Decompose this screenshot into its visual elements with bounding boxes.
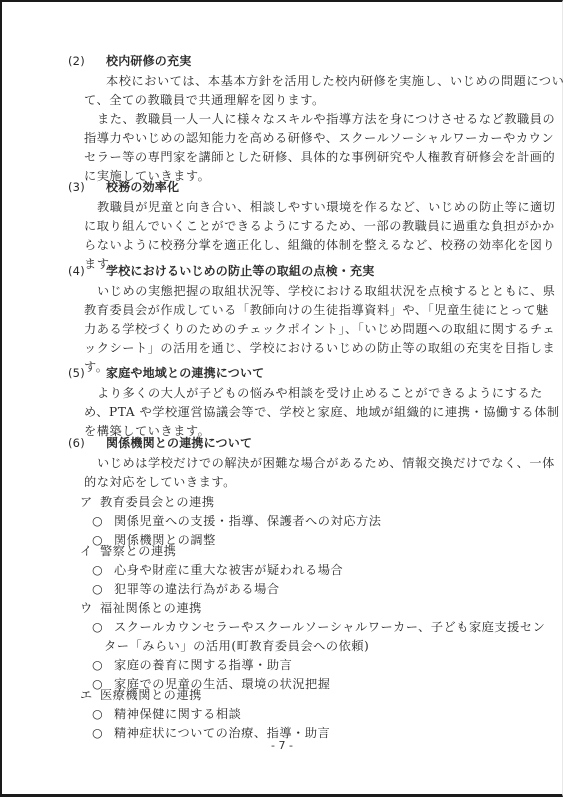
subsection-title: 福祉関係との連携 xyxy=(100,601,202,615)
paragraph-line: また、教職員一人一人に様々なスキルや指導方法を身につけさせるなど教職員の xyxy=(97,110,555,128)
paragraph-line: いじめの実態把握の取組状況等、学校における取組状況を点検するとともに、県 xyxy=(97,282,556,300)
section-number: (4) xyxy=(68,262,106,280)
paragraph-line: 的な対応をしていきます。 xyxy=(84,473,236,491)
section-heading-4: (4)学校におけるいじめの防止等の取組の点検・充実 xyxy=(68,262,374,280)
section-heading-2: (2)校内研修の充実 xyxy=(68,52,191,70)
section-number: (6) xyxy=(68,434,106,452)
paragraph-line: より多くの大人が子どもの悩みや相談を受け止めることができるようにするた xyxy=(97,384,543,402)
subsection-title: 教育委員会との連携 xyxy=(100,495,215,509)
list-item: ○スクールカウンセラーやスクールソーシャルワーカー、子ども家庭支援セン xyxy=(92,618,545,636)
subsection-heading: イ警察との連携 xyxy=(80,542,176,560)
paragraph-line: らないように校務分掌を適正化し、組織的体制を整えるなど、校務の効率化を図り xyxy=(84,236,555,254)
section-heading-6: (6)関係機関との連携について xyxy=(68,434,252,452)
list-item-text: スクールカウンセラーやスクールソーシャルワーカー、子ども家庭支援セン xyxy=(114,620,545,634)
paragraph-line: 教育委員会が作成している「教師向けの生徒指導資料」や、「児童生徒にとって魅 xyxy=(84,301,549,319)
list-item: ○関係児童への支援・指導、保護者への対応方法 xyxy=(92,512,382,530)
section-heading-3: (3)校務の効率化 xyxy=(68,178,179,196)
paragraph-line: いじめは学校だけでの解決が困難な場合があるため、情報交換だけでなく、一体 xyxy=(97,454,555,472)
subsection-heading: ウ福祉関係との連携 xyxy=(80,599,202,617)
section-title: 校内研修の充実 xyxy=(106,54,191,68)
paragraph-line: に取り組んでいくことができるようにするため、一部の教職員に過重な負担がかか xyxy=(84,217,555,235)
paragraph-line: 力ある学校づくりのためのチェックポイント」、「いじめ問題への取組に関するチェ xyxy=(84,320,555,338)
section-number: (2) xyxy=(68,52,106,70)
paragraph-line: て、全ての教職員で共通理解を図ります。 xyxy=(84,91,325,109)
paragraph-line: 教職員が児童と向き合い、相談しやすい環境を作るなど、いじめの防止等に適切 xyxy=(97,198,556,216)
subsection-marker: ウ xyxy=(80,599,100,617)
subsection-marker: イ xyxy=(80,542,100,560)
circle-bullet-icon: ○ xyxy=(92,705,114,723)
list-item: ○精神保健に関する相談 xyxy=(92,705,241,723)
list-item-text: 家庭の養育に関する指導・助言 xyxy=(114,658,292,672)
list-item-text: 心身や財産に重大な被害が疑われる場合 xyxy=(114,563,343,577)
section-number: (3) xyxy=(68,178,106,196)
list-item-text: 精神保健に関する相談 xyxy=(114,707,241,721)
circle-bullet-icon: ○ xyxy=(92,512,114,530)
section-number: (5) xyxy=(68,364,106,382)
list-item-text: 精神症状についての治療、指導・助言 xyxy=(114,726,330,740)
section-title: 家庭や地域との連携について xyxy=(106,366,264,380)
paragraph-line: 本校においては、本基本方針を活用した校内研修を実施し、いじめの問題につい xyxy=(106,72,564,90)
paragraph-line: 指導力やいじめの認知能力を高める研修や、スクールソーシャルワーカーやカウン xyxy=(84,129,554,147)
paragraph-line: ックシート」の活用を通じ、学校におけるいじめの防止等の取組の充実を目指しま xyxy=(84,339,555,357)
subsection-heading: エ医療機関との連携 xyxy=(80,686,202,704)
subsection-heading: ア教育委員会との連携 xyxy=(80,493,215,511)
circle-bullet-icon: ○ xyxy=(92,580,114,598)
subsection-marker: ア xyxy=(80,493,100,511)
subsection-title: 医療機関との連携 xyxy=(100,688,202,702)
document-page: (2)校内研修の充実 本校においては、本基本方針を活用した校内研修を実施し、いじ… xyxy=(0,0,564,800)
circle-bullet-icon: ○ xyxy=(92,561,114,579)
circle-bullet-icon: ○ xyxy=(92,618,114,636)
list-item: ○家庭の養育に関する指導・助言 xyxy=(92,656,292,674)
list-item-text: 関係児童への支援・指導、保護者への対応方法 xyxy=(114,514,382,528)
paragraph-line: セラー等の専門家を講師とした研修、具体的な事例研究や人権教育研修会を計画的 xyxy=(84,148,555,166)
list-item: ○犯罪等の違法行為がある場合 xyxy=(92,580,280,598)
section-title: 関係機関との連携について xyxy=(106,436,252,450)
paragraph-line: め、PTA や学校運営協議会等で、学校と家庭、地域が組織的に連携・協働する体制 xyxy=(84,403,560,421)
list-item: ○心身や財産に重大な被害が疑われる場合 xyxy=(92,561,343,579)
subsection-title: 警察との連携 xyxy=(100,544,176,558)
circle-bullet-icon: ○ xyxy=(92,656,114,674)
subsection-marker: エ xyxy=(80,686,100,704)
section-title: 校務の効率化 xyxy=(106,180,179,194)
list-item-continuation: ター「みらい」の活用(町教育委員会への依頼) xyxy=(104,637,369,655)
section-title: 学校におけるいじめの防止等の取組の点検・充実 xyxy=(106,264,374,278)
list-item-text: 犯罪等の違法行為がある場合 xyxy=(114,582,280,596)
page-number: - 7 - xyxy=(0,739,564,752)
section-heading-5: (5)家庭や地域との連携について xyxy=(68,364,264,382)
